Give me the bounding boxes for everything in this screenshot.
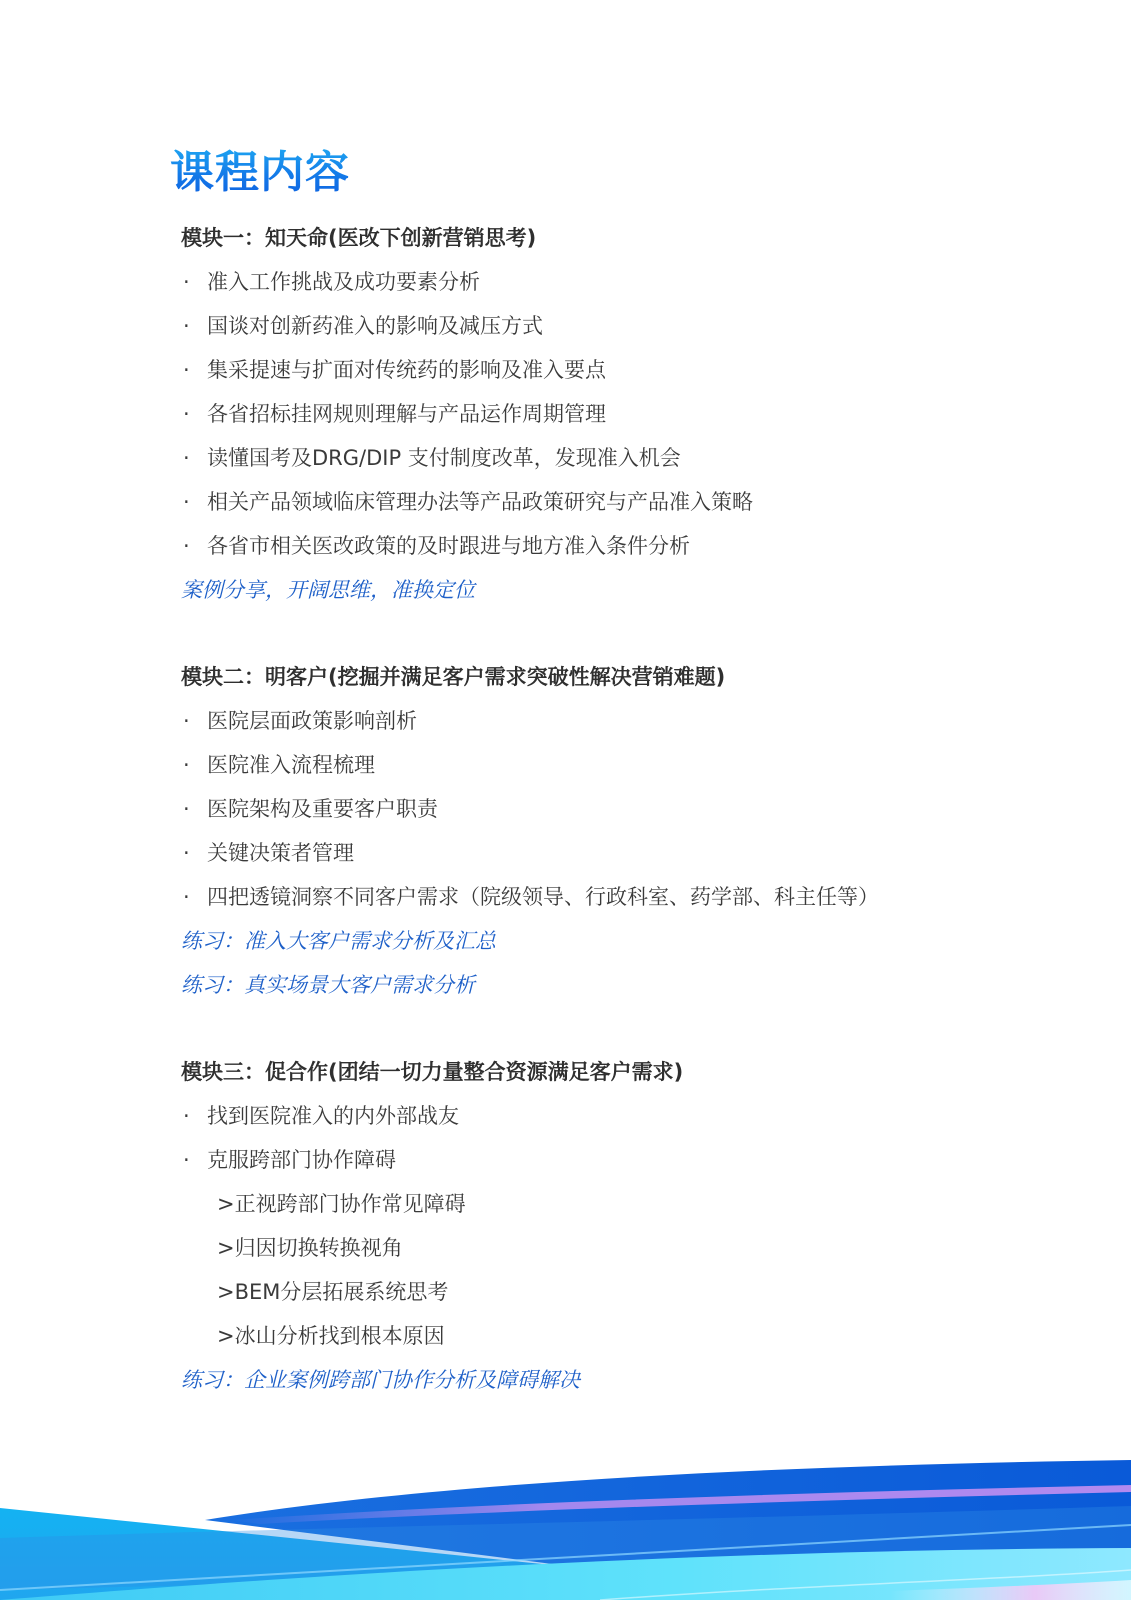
module-3: 模块三：促合作(团结一切力量整合资源满足客户需求) ·找到医院准入的内外部战友 … <box>181 1050 1081 1402</box>
bullet-icon: · <box>181 1138 207 1182</box>
list-item: ·准入工作挑战及成功要素分析 <box>181 260 1081 304</box>
bullet-icon: · <box>181 875 207 919</box>
bullet-icon: · <box>181 743 207 787</box>
list-item: ·相关产品领域临床管理办法等产品政策研究与产品准入策略 <box>181 480 1081 524</box>
bullet-icon: · <box>181 436 207 480</box>
course-content: 模块一：知天命(医改下创新营销思考) ·准入工作挑战及成功要素分析 ·国谈对创新… <box>181 216 1081 1402</box>
bullet-icon: · <box>181 260 207 304</box>
list-item: ·医院架构及重要客户职责 <box>181 787 1081 831</box>
module-1: 模块一：知天命(医改下创新营销思考) ·准入工作挑战及成功要素分析 ·国谈对创新… <box>181 216 1081 612</box>
module-1-heading: 模块一：知天命(医改下创新营销思考) <box>181 216 1081 260</box>
bullet-icon: · <box>181 480 207 524</box>
bullet-icon: · <box>181 1094 207 1138</box>
module-1-note: 案例分享，开阔思维，准换定位 <box>181 568 1081 612</box>
bullet-icon: · <box>181 787 207 831</box>
bullet-icon: · <box>181 699 207 743</box>
bullet-icon: · <box>181 348 207 392</box>
module-2-note: 练习：真实场景大客户需求分析 <box>181 963 1081 1007</box>
list-item: ·国谈对创新药准入的影响及减压方式 <box>181 304 1081 348</box>
list-item: ·各省市相关医改政策的及时跟进与地方准入条件分析 <box>181 524 1081 568</box>
bullet-icon: · <box>181 524 207 568</box>
list-item: ·四把透镜洞察不同客户需求（院级领导、行政科室、药学部、科主任等） <box>181 875 1081 919</box>
sub-list-item: >正视跨部门协作常见障碍 <box>181 1182 1081 1226</box>
module-2-heading: 模块二：明客户(挖掘并满足客户需求突破性解决营销难题) <box>181 655 1081 699</box>
decorative-wave-graphic <box>0 1420 1131 1600</box>
bullet-icon: · <box>181 392 207 436</box>
sub-list-item: >冰山分析找到根本原因 <box>181 1314 1081 1358</box>
sub-list-item: >BEM分层拓展系统思考 <box>181 1270 1081 1314</box>
list-item: ·找到医院准入的内外部战友 <box>181 1094 1081 1138</box>
list-item: ·各省招标挂网规则理解与产品运作周期管理 <box>181 392 1081 436</box>
list-item: ·关键决策者管理 <box>181 831 1081 875</box>
sub-list-item: >归因切换转换视角 <box>181 1226 1081 1270</box>
module-2: 模块二：明客户(挖掘并满足客户需求突破性解决营销难题) ·医院层面政策影响剖析 … <box>181 655 1081 1007</box>
module-2-note: 练习：准入大客户需求分析及汇总 <box>181 919 1081 963</box>
list-item: ·克服跨部门协作障碍 <box>181 1138 1081 1182</box>
module-3-note: 练习：企业案例跨部门协作分析及障碍解决 <box>181 1358 1081 1402</box>
list-item: ·读懂国考及DRG/DIP 支付制度改革，发现准入机会 <box>181 436 1081 480</box>
page-title: 课程内容 <box>170 145 350 201</box>
bullet-icon: · <box>181 831 207 875</box>
list-item: ·医院准入流程梳理 <box>181 743 1081 787</box>
list-item: ·集采提速与扩面对传统药的影响及准入要点 <box>181 348 1081 392</box>
list-item: ·医院层面政策影响剖析 <box>181 699 1081 743</box>
module-3-heading: 模块三：促合作(团结一切力量整合资源满足客户需求) <box>181 1050 1081 1094</box>
bullet-icon: · <box>181 304 207 348</box>
